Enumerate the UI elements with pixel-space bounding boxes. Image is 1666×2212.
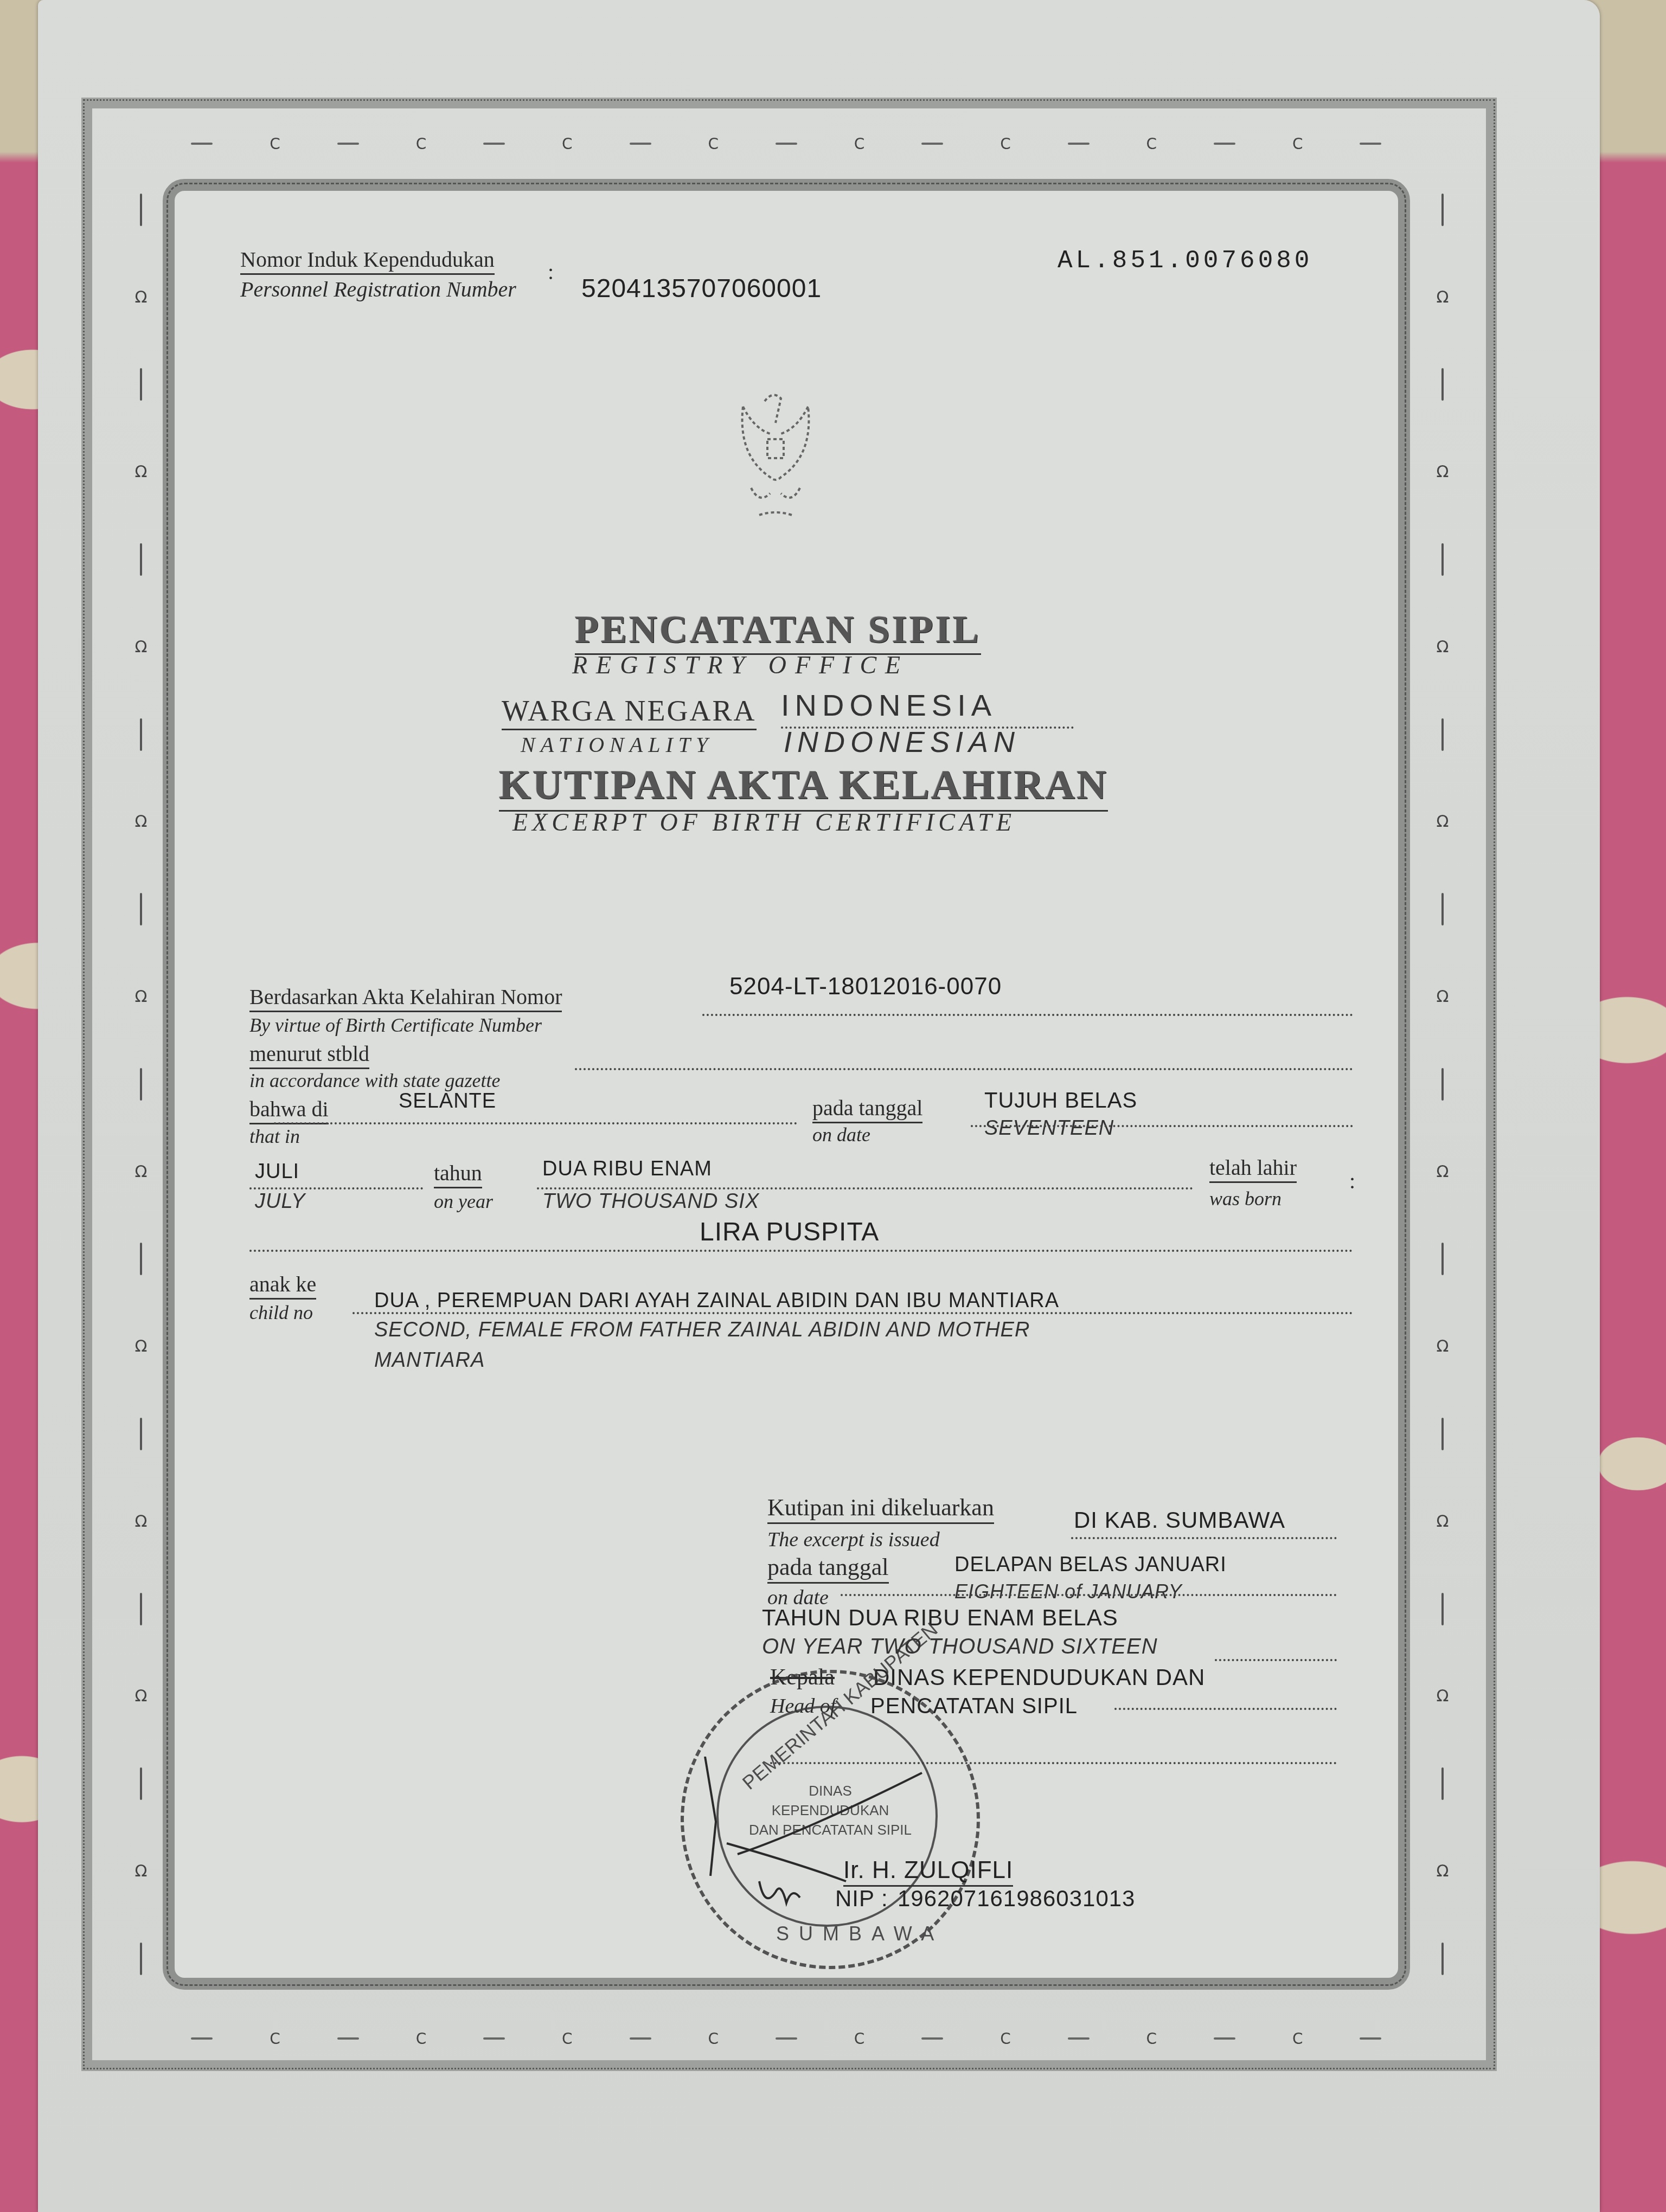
child-name: LIRA PUSPITA [700, 1217, 879, 1247]
birth-year-label: tahun [434, 1160, 482, 1188]
born-separator: : [1349, 1168, 1355, 1194]
cert-number-label-en: By virtue of Birth Certificate Number [249, 1014, 542, 1037]
birth-month-value: JULI [255, 1160, 299, 1184]
serial-number: AL.851.0076080 [1058, 247, 1312, 275]
birth-date-value: TUJUH BELAS [984, 1089, 1137, 1113]
office-line-1: DINAS KEPENDUDUKAN DAN [873, 1664, 1205, 1690]
stamp-ring-bottom: SUMBAWA [776, 1922, 944, 1945]
child-order-label-en: child no [249, 1301, 313, 1324]
nationality-label-en: NATIONALITY [521, 732, 713, 757]
issue-date-label: pada tanggal [767, 1553, 889, 1584]
issue-year-value: TAHUN DUA RIBU ENAM BELAS [762, 1605, 1118, 1631]
birth-year-value-en: TWO THOUSAND SIX [542, 1190, 759, 1213]
nik-label: Nomor Induk Kependudukan [240, 247, 495, 275]
official-name: Ir. H. ZULQIFLI [843, 1857, 1013, 1887]
issued-label: Kutipan ini dikeluarkan [767, 1494, 994, 1524]
nik-value: 5204135707060001 [581, 274, 822, 304]
border-ornament-top: CCCCCCCC [163, 133, 1410, 155]
place-label-en: that in [249, 1125, 300, 1148]
title-excerpt-birth-certificate: EXCERPT OF BIRTH CERTIFICATE [512, 808, 1016, 837]
birth-date-value-en: SEVENTEEN [984, 1117, 1114, 1140]
birth-month-value-en: JULY [255, 1190, 305, 1213]
issue-date-value: DELAPAN BELAS JANUARI [954, 1553, 1227, 1577]
place-label: bahwa di [249, 1096, 329, 1124]
issue-year-value-en: ON YEAR TWO THOUSAND SIXTEEN [762, 1635, 1158, 1659]
border-ornament-right: ΩΩΩΩΩΩΩΩΩΩ [1429, 163, 1456, 2006]
child-order-value-en-1: SECOND, FEMALE FROM FATHER ZAINAL ABIDIN… [374, 1319, 1030, 1342]
place-value: SELANTE [399, 1090, 496, 1113]
cert-number-value: 5204-LT-18012016-0070 [729, 973, 1002, 1000]
stbld-label: menurut stbld [249, 1041, 369, 1069]
garuda-emblem-icon [721, 369, 830, 526]
stbld-label-en: in accordance with state gazette [249, 1069, 501, 1092]
nip-label: NIP [835, 1886, 875, 1912]
cert-number-label: Berdasarkan Akta Kelahiran Nomor [249, 984, 562, 1012]
birth-date-label: pada tanggal [812, 1095, 922, 1123]
nik-label-en: Personnel Registration Number [240, 276, 516, 302]
title-kutipan-akta-kelahiran: KUTIPAN AKTA KELAHIRAN [499, 762, 1108, 812]
border-ornament-bottom: CCCCCCCC [163, 2028, 1410, 2049]
border-ornament-left: ΩΩΩΩΩΩΩΩΩΩ [127, 163, 155, 2006]
child-order-label: anak ke [249, 1271, 316, 1300]
issued-label-en: The excerpt is issued [767, 1528, 940, 1552]
nationality-value: INDONESIA [781, 687, 997, 723]
birth-year-label-en: on year [434, 1190, 493, 1213]
child-order-value-en-2: MANTIARA [374, 1349, 485, 1372]
born-label: telah lahir [1209, 1155, 1297, 1183]
nip-value: 196207161986031013 [898, 1886, 1135, 1912]
title-pencatatan-sipil: PENCATATAN SIPIL [575, 607, 981, 655]
nationality-label: WARGA NEGARA [502, 694, 757, 730]
issued-place-value: DI KAB. SUMBAWA [1074, 1507, 1285, 1533]
birth-year-value: DUA RIBU ENAM [542, 1158, 712, 1181]
nationality-value-en: INDONESIAN [784, 725, 1020, 759]
title-registry-office: REGISTRY OFFICE [572, 651, 909, 679]
born-label-en: was born [1209, 1187, 1281, 1210]
birth-date-label-en: on date [812, 1123, 870, 1146]
nip-separator: : [881, 1886, 888, 1912]
issue-date-value-en: EIGHTEEN of JANUARY [954, 1580, 1182, 1603]
child-order-value: DUA , PEREMPUAN DARI AYAH ZAINAL ABIDIN … [374, 1289, 1059, 1313]
nik-separator: : [548, 259, 554, 285]
